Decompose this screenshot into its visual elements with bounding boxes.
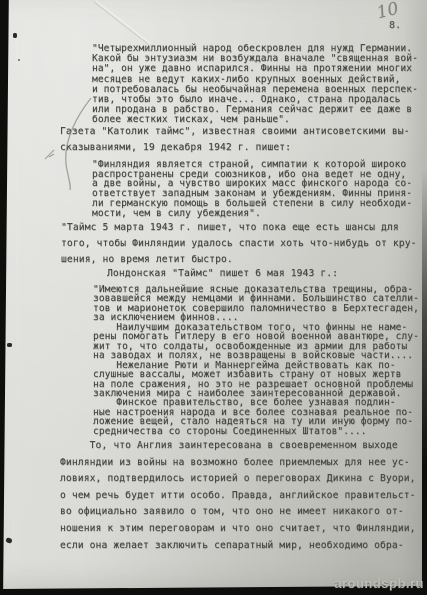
typed-line: во официально заявило о том, что оно не … <box>60 504 416 521</box>
typed-line: Газета "Католик таймс", известная своими… <box>60 124 410 140</box>
typed-line: средничества со стороны Соединенных Штат… <box>93 427 419 436</box>
typed-line: ловиях, подтвердилось историей о перегов… <box>60 471 416 488</box>
pencil-tick-mark <box>43 148 57 162</box>
paragraph-catholic-times: Газета "Католик таймс", известная своими… <box>60 124 410 156</box>
typed-line: если она желает заключить сепаратный мир… <box>60 538 416 555</box>
scan-edge-right <box>422 170 427 595</box>
typed-line: ношения к этим переговорам и что оно счи… <box>60 521 416 538</box>
typed-line: шения, но время летит быстро. <box>61 252 417 268</box>
quote-block-germany: "Четырехмиллионный народ обескровлен для… <box>92 44 418 126</box>
paragraph-times-march: "Таймс 5 марта 1943 г. пишет, что пока е… <box>61 220 417 268</box>
typed-line: "Таймс 5 марта 1943 г. пишет, что пока е… <box>61 220 417 236</box>
ink-speck <box>7 343 12 347</box>
quote-block-finland-sympathy: "Финляндия является страной, симпатии к … <box>92 160 412 218</box>
scanned-document-page: 10 8. "Четырехмиллионный народ обескровл… <box>0 0 427 595</box>
typed-line: сказываниями, 19 декабря 1942 г. пишет: <box>60 140 410 156</box>
typed-line: То, что Англия заинтересована в своеврем… <box>60 438 416 455</box>
watermark: aroundspb.ru <box>334 576 424 591</box>
line-london-times: Лондонская "Таймс" пишет 6 мая 1943 г.: <box>107 268 338 279</box>
typed-line: о чем речь будет итти особо. Правда, анг… <box>60 488 416 505</box>
typed-line: того, чтобы Финляндии удалось спасти хот… <box>61 236 417 252</box>
paragraph-england-interest: То, что Англия заинтересована в своеврем… <box>60 438 416 554</box>
scan-edge-left <box>0 0 11 595</box>
typed-line: мости, чем в силу убеждения". <box>92 209 412 219</box>
ink-speck <box>13 33 17 38</box>
ink-speck <box>5 537 12 544</box>
ink-speck <box>18 59 20 61</box>
typed-line: Финляндии из войны на возможно более при… <box>60 455 416 472</box>
typed-page-number: 8. <box>389 20 401 31</box>
paper-crease <box>95 0 151 45</box>
quote-block-london-times: "Имеются дальнейшие ясные доказательства… <box>93 285 419 436</box>
